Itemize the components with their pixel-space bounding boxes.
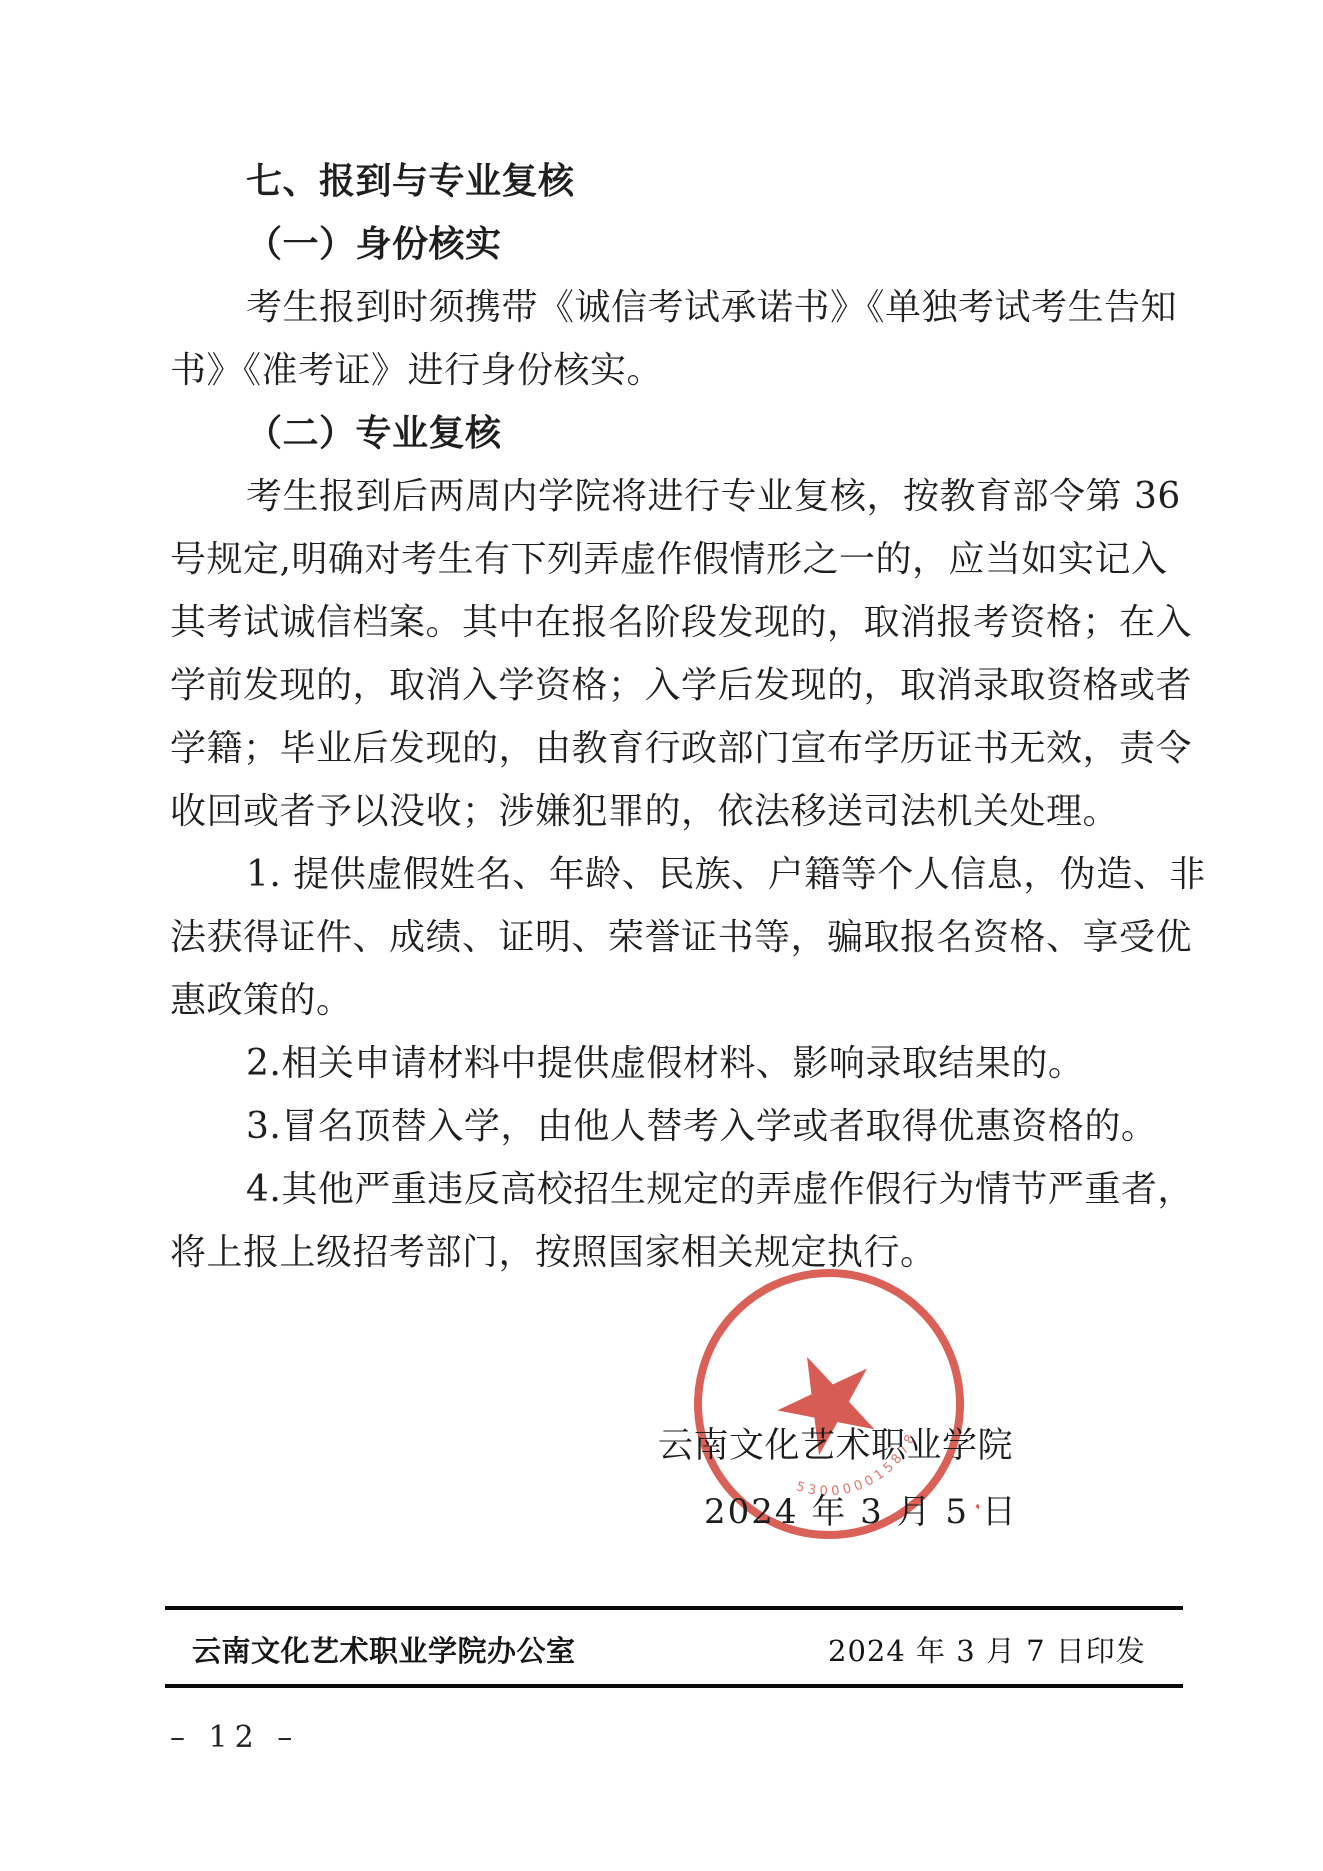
- signature-date: 2024 年 3 月 5 日: [704, 1484, 1018, 1533]
- footer-office: 云南文化艺术职业学院办公室: [192, 1629, 576, 1670]
- footer-issue-date: 2024 年 3 月 7 日印发: [828, 1629, 1146, 1670]
- text-line: 将上报上级招考部门，按照国家相关规定执行。: [170, 1221, 1186, 1284]
- signature-organization: 云南文化艺术职业学院: [658, 1418, 1013, 1468]
- document-body: 七、报到与专业复核（一）身份核实考生报到时须携带《诚信考试承诺书》《单独考试考生…: [170, 150, 1186, 1284]
- text-line: （二）专业复核: [170, 402, 1186, 465]
- text-line: 学前发现的，取消入学资格；入学后发现的，取消录取资格或者: [170, 654, 1186, 717]
- text-line: 3.冒名顶替入学，由他人替考入学或者取得优惠资格的。: [170, 1095, 1186, 1158]
- text-line: 考生报到时须携带《诚信考试承诺书》《单独考试考生告知: [170, 276, 1186, 339]
- text-line: 惠政策的。: [170, 969, 1186, 1032]
- text-line: 学籍；毕业后发现的，由教育行政部门宣布学历证书无效，责令: [170, 717, 1186, 780]
- text-line: 2.相关申请材料中提供虚假材料、影响录取结果的。: [170, 1032, 1186, 1095]
- text-line: 1. 提供虚假姓名、年龄、民族、户籍等个人信息，伪造、非: [170, 843, 1186, 906]
- text-line: 考生报到后两周内学院将进行专业复核，按教育部令第 36: [170, 465, 1186, 528]
- text-line: 七、报到与专业复核: [170, 150, 1186, 213]
- footer-rule-bottom: [165, 1684, 1183, 1688]
- page-number: – 12 –: [170, 1720, 299, 1755]
- document-page: 七、报到与专业复核（一）身份核实考生报到时须携带《诚信考试承诺书》《单独考试考生…: [0, 0, 1323, 1871]
- text-line: 4.其他严重违反高校招生规定的弄虚作假行为情节严重者，: [170, 1158, 1186, 1221]
- footer-rule-top: [165, 1606, 1183, 1610]
- text-line: 收回或者予以没收；涉嫌犯罪的，依法移送司法机关处理。: [170, 780, 1186, 843]
- text-line: 号规定,明确对考生有下列弄虚作假情形之一的，应当如实记入: [170, 528, 1186, 591]
- text-line: 法获得证件、成绩、证明、荣誉证书等，骗取报名资格、享受优: [170, 906, 1186, 969]
- text-line: 其考试诚信档案。其中在报名阶段发现的，取消报考资格；在入: [170, 591, 1186, 654]
- text-line: 书》《准考证》进行身份核实。: [170, 339, 1186, 402]
- text-line: （一）身份核实: [170, 213, 1186, 276]
